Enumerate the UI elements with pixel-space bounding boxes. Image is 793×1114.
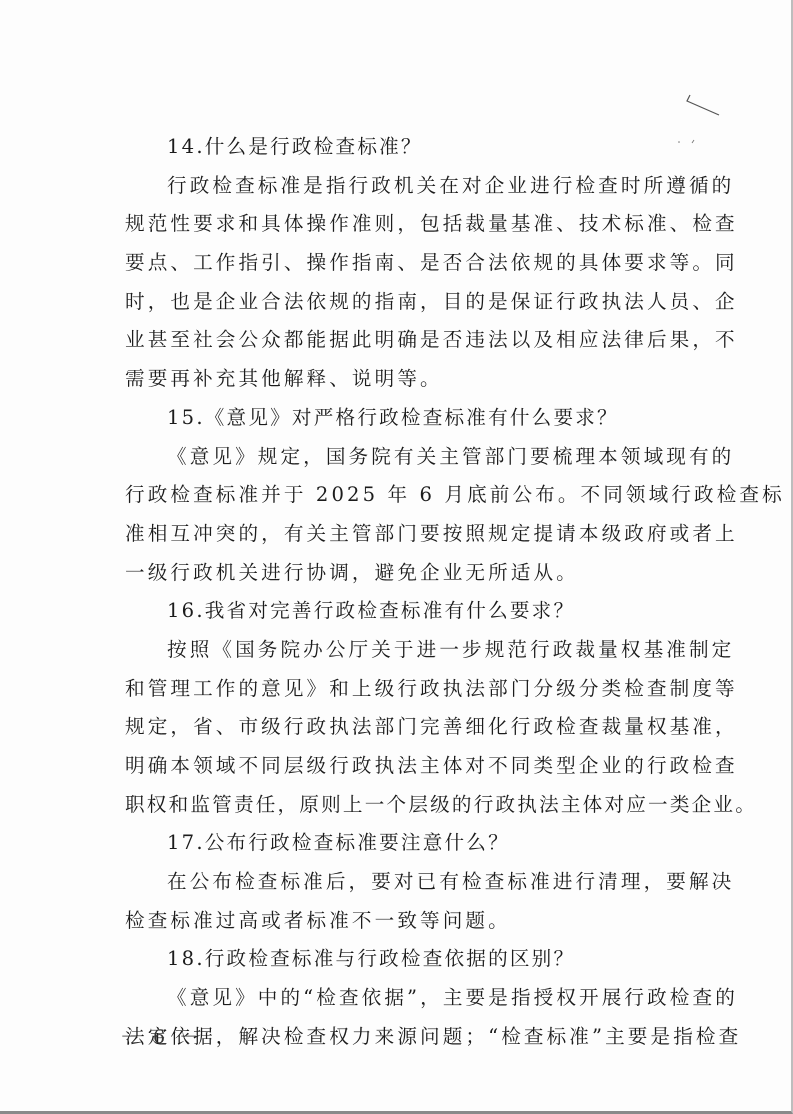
paragraph-line: 规定，省、市级行政执法部门完善细化行政检查裁量权基准，	[125, 708, 671, 747]
question-heading-15: 15.《意见》对严格行政检查标准有什么要求？	[125, 399, 671, 438]
paragraph-line: 在公布检查标准后，要对已有检查标准进行清理，要解决	[125, 863, 671, 902]
paragraph-line: 业甚至社会公众都能据此明确是否违法以及相应法律后果，不	[125, 321, 671, 360]
paragraph-line: 按照《国务院办公厅关于进一步规范行政裁量权基准制定	[125, 631, 671, 670]
paragraph-line: 要点、工作指引、操作指南、是否合法依规的具体要求等。同	[125, 244, 671, 283]
question-heading-16: 16.我省对完善行政检查标准有什么要求？	[125, 592, 671, 631]
paragraph-line: 职权和监管责任，原则上一个层级的行政执法主体对应一类企业。	[125, 786, 671, 825]
speck-marks-icon	[676, 136, 700, 146]
paragraph-line: 明确本领域不同层级行政执法主体对不同类型企业的行政检查	[125, 747, 671, 786]
paragraph-line: 行政检查标准是指行政机关在对企业进行检查时所遵循的	[125, 167, 671, 206]
question-heading-14: 14.什么是行政检查标准？	[125, 128, 671, 167]
pen-mark-icon	[686, 93, 722, 117]
paragraph-line: 《意见》中的“检查依据”，主要是指授权开展行政检查的	[125, 979, 671, 1018]
paragraph-line: 时，也是企业合法依规的指南，目的是保证行政执法人员、企	[125, 283, 671, 322]
question-heading-17: 17.公布行政检查标准要注意什么？	[125, 824, 671, 863]
paragraph-line: 准相互冲突的，有关主管部门要按照规定提请本级政府或者上	[125, 515, 671, 554]
question-heading-18: 18.行政检查标准与行政检查依据的区别？	[125, 940, 671, 979]
paragraph-line: 和管理工作的意见》和上级行政执法部门分级分类检查制度等	[125, 670, 671, 709]
paragraph-line: 检查标准过高或者标准不一致等问题。	[125, 902, 671, 941]
page-number: － 6 －	[120, 1022, 202, 1049]
paragraph-line: 法定依据，解决检查权力来源问题；“检查标准”主要是指检查	[125, 1018, 671, 1057]
paragraph-line: 需要再补充其他解释、说明等。	[125, 360, 671, 399]
document-body: 14.什么是行政检查标准？ 行政检查标准是指行政机关在对企业进行检查时所遵循的 …	[125, 128, 671, 1057]
paragraph-line: 规范性要求和具体操作准则，包括裁量基准、技术标准、检查	[125, 205, 671, 244]
paragraph-line: 一级行政机关进行协调，避免企业无所适从。	[125, 554, 671, 593]
paragraph-line: 《意见》规定，国务院有关主管部门要梳理本领域现有的	[125, 438, 671, 477]
paragraph-line: 行政检查标准并于 2025 年 6 月底前公布。不同领域行政检查标	[125, 476, 671, 515]
document-page: 14.什么是行政检查标准？ 行政检查标准是指行政机关在对企业进行检查时所遵循的 …	[0, 0, 793, 1114]
